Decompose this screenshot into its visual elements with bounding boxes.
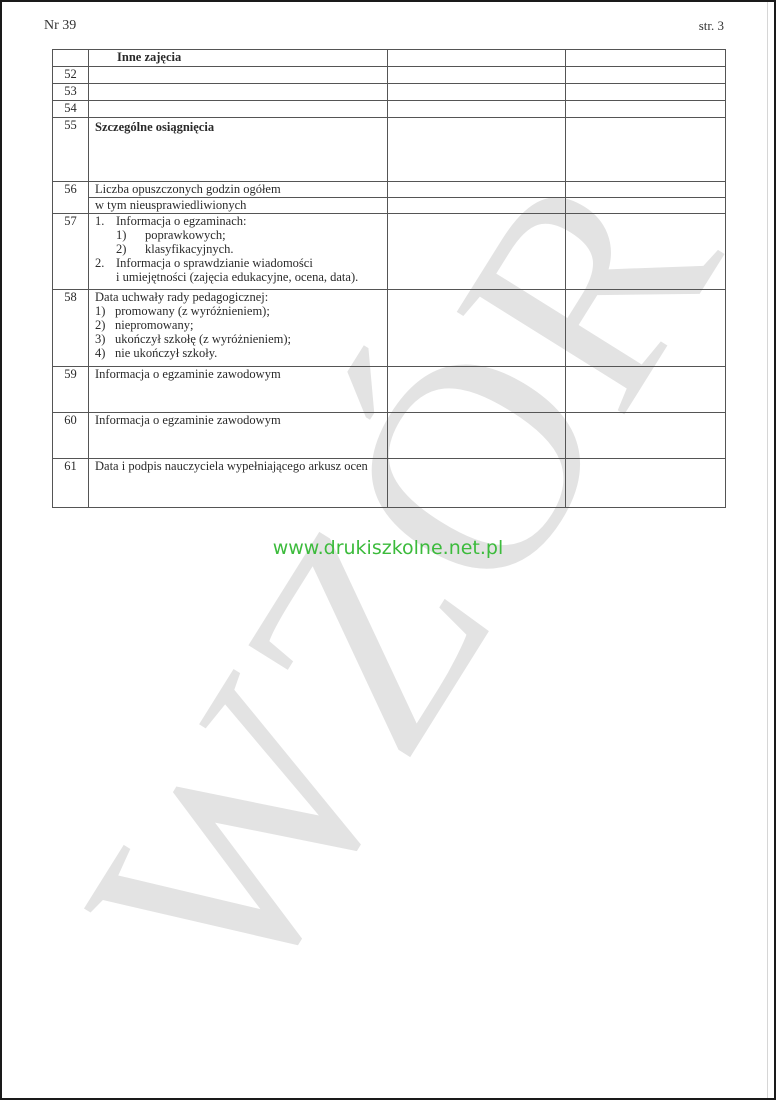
row-label: Informacja o egzaminie zawodowym <box>89 367 388 413</box>
row-label: Szczególne osiągnięcia <box>89 118 388 182</box>
entry-cell[interactable] <box>566 367 726 413</box>
table-row: 55 Szczególne osiągnięcia <box>53 118 726 182</box>
entry-cell[interactable] <box>388 67 566 84</box>
entry-cell[interactable] <box>388 214 566 290</box>
table-section-header-row: Inne zajęcia <box>53 50 726 67</box>
entry-cell[interactable] <box>388 459 566 508</box>
entry-cell[interactable] <box>566 182 726 198</box>
table-row: 61 Data i podpis nauczyciela wypełniając… <box>53 459 726 508</box>
entry-cell[interactable] <box>566 67 726 84</box>
entry-cell[interactable] <box>566 290 726 367</box>
entry-cell[interactable] <box>566 198 726 214</box>
entry-cell[interactable] <box>566 118 726 182</box>
entry-cell[interactable] <box>388 101 566 118</box>
entry-cell[interactable] <box>566 413 726 459</box>
table-cell <box>53 50 89 67</box>
list-item: 1.Informacja o egzaminach: <box>95 214 381 228</box>
entry-cell[interactable] <box>566 84 726 101</box>
entry-cell[interactable] <box>566 101 726 118</box>
entry-cell[interactable] <box>566 214 726 290</box>
table-row: 53 <box>53 84 726 101</box>
entry-cell[interactable] <box>388 84 566 101</box>
entry-cell[interactable] <box>388 413 566 459</box>
row-label[interactable] <box>89 84 388 101</box>
row-number: 55 <box>53 118 89 182</box>
table-row: 56 Liczba opuszczonych godzin ogółem <box>53 182 726 198</box>
entry-cell[interactable] <box>388 182 566 198</box>
row-number: 54 <box>53 101 89 118</box>
table-row: 59 Informacja o egzaminie zawodowym <box>53 367 726 413</box>
page-number: str. 3 <box>699 18 724 34</box>
row-label: Data i podpis nauczyciela wypełniającego… <box>89 459 388 508</box>
entry-cell[interactable] <box>566 50 726 67</box>
list-item: 2.Informacja o sprawdzianie wiadomości <box>95 256 381 270</box>
list-item: 1)promowany (z wyróżnieniem); <box>95 304 381 318</box>
row-label: 1.Informacja o egzaminach: 1)poprawkowyc… <box>89 214 388 290</box>
list-item: 2)klasyfikacyjnych. <box>95 242 381 256</box>
row-number: 52 <box>53 67 89 84</box>
entry-cell[interactable] <box>388 367 566 413</box>
list-item: 3)ukończył szkołę (z wyróżnieniem); <box>95 332 381 346</box>
table-subrow: w tym nieusprawiedliwionych <box>53 198 726 214</box>
table-row: 57 1.Informacja o egzaminach: 1)poprawko… <box>53 214 726 290</box>
entry-cell[interactable] <box>388 118 566 182</box>
row-label[interactable] <box>89 67 388 84</box>
section-header-label: Inne zajęcia <box>89 50 388 67</box>
grade-sheet-table: Inne zajęcia 52 53 54 55 Szczególne osią… <box>52 49 726 508</box>
entry-cell[interactable] <box>566 459 726 508</box>
list-item: i umiejętności (zajęcia edukacyjne, ocen… <box>95 270 381 284</box>
row-number: 61 <box>53 459 89 508</box>
document-number: Nr 39 <box>44 18 76 34</box>
row-number: 57 <box>53 214 89 290</box>
row-number: 56 <box>53 182 89 214</box>
entry-cell[interactable] <box>388 50 566 67</box>
row-title: Data uchwały rady pedagogicznej: <box>95 290 381 304</box>
row-label: Informacja o egzaminie zawodowym <box>89 413 388 459</box>
list-item: 4)nie ukończył szkoły. <box>95 346 381 360</box>
row-number: 59 <box>53 367 89 413</box>
list-item: 1)poprawkowych; <box>95 228 381 242</box>
row-sublabel: w tym nieusprawiedliwionych <box>89 198 388 214</box>
table-row: 52 <box>53 67 726 84</box>
entry-cell[interactable] <box>388 290 566 367</box>
row-label[interactable] <box>89 101 388 118</box>
website-watermark: www.drukiszkolne.net.pl <box>0 537 776 559</box>
row-number: 53 <box>53 84 89 101</box>
table-row: 58 Data uchwały rady pedagogicznej: 1)pr… <box>53 290 726 367</box>
table-row: 54 <box>53 101 726 118</box>
row-label: Liczba opuszczonych godzin ogółem <box>89 182 388 198</box>
entry-cell[interactable] <box>388 198 566 214</box>
row-label: Data uchwały rady pedagogicznej: 1)promo… <box>89 290 388 367</box>
list-item: 2)niepromowany; <box>95 318 381 332</box>
row-number: 60 <box>53 413 89 459</box>
table-row: 60 Informacja o egzaminie zawodowym <box>53 413 726 459</box>
row-number: 58 <box>53 290 89 367</box>
